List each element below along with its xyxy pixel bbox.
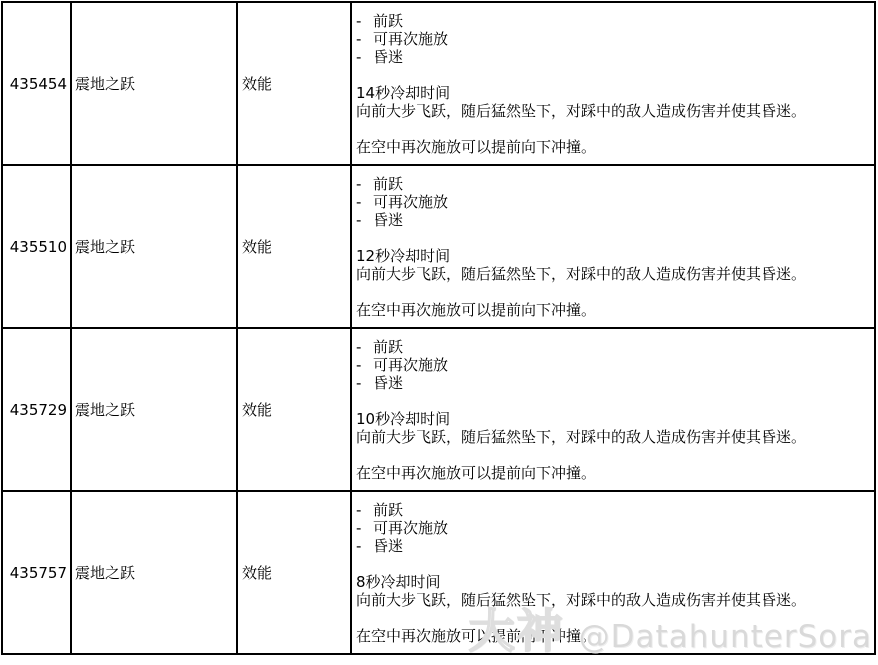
bullet-dash: - (356, 501, 362, 519)
bullet-dash: - (356, 537, 362, 555)
blank-line (356, 66, 868, 84)
cooldown-text: 12秒冷却时间 (356, 247, 868, 265)
bullet-dash: - (356, 211, 362, 229)
cooldown-text: 10秒冷却时间 (356, 410, 868, 428)
bullet-item: -可再次施放 (356, 519, 868, 537)
bullet-item: -昏迷 (356, 537, 868, 555)
skill-description-cell: -前跃 -可再次施放 -昏迷 8秒冷却时间 向前大步飞跃，随后猛然坠下，对踩中的… (351, 491, 875, 654)
bullet-text: 昏迷 (373, 48, 403, 66)
bullet-dash: - (356, 48, 362, 66)
bullet-item: -前跃 (356, 12, 868, 30)
blank-line (356, 392, 868, 410)
skill-description-cell: -前跃 -可再次施放 -昏迷 10秒冷却时间 向前大步飞跃，随后猛然坠下，对踩中… (351, 328, 875, 491)
blank-line (356, 120, 868, 138)
bullet-text: 可再次施放 (373, 519, 448, 537)
recast-text: 在空中再次施放可以提前向下冲撞。 (356, 138, 868, 156)
bullet-dash: - (356, 374, 362, 392)
skill-id-cell: 435454 (2, 2, 71, 165)
description-text: 向前大步飞跃，随后猛然坠下，对踩中的敌人造成伤害并使其昏迷。 (356, 428, 868, 446)
table-row: 435454 震地之跃 效能 -前跃 -可再次施放 -昏迷 14秒冷却时间 向前… (2, 2, 875, 165)
bullet-item: -昏迷 (356, 374, 868, 392)
bullet-text: 前跃 (373, 501, 403, 519)
bullet-item: -前跃 (356, 338, 868, 356)
bullet-dash: - (356, 30, 362, 48)
bullet-text: 可再次施放 (373, 193, 448, 211)
blank-line (356, 609, 868, 627)
skill-description-cell: -前跃 -可再次施放 -昏迷 14秒冷却时间 向前大步飞跃，随后猛然坠下，对踩中… (351, 2, 875, 165)
bullet-item: -前跃 (356, 175, 868, 193)
bullet-text: 昏迷 (373, 374, 403, 392)
bullet-item: -昏迷 (356, 48, 868, 66)
description-text: 向前大步飞跃，随后猛然坠下，对踩中的敌人造成伤害并使其昏迷。 (356, 265, 868, 283)
cooldown-text: 8秒冷却时间 (356, 573, 868, 591)
skills-table: 435454 震地之跃 效能 -前跃 -可再次施放 -昏迷 14秒冷却时间 向前… (1, 1, 876, 655)
bullet-text: 昏迷 (373, 537, 403, 555)
description-text: 向前大步飞跃，随后猛然坠下，对踩中的敌人造成伤害并使其昏迷。 (356, 591, 868, 609)
table-row: 435510 震地之跃 效能 -前跃 -可再次施放 -昏迷 12秒冷却时间 向前… (2, 165, 875, 328)
skill-name-cell: 震地之跃 (71, 2, 237, 165)
bullet-dash: - (356, 193, 362, 211)
bullet-dash: - (356, 12, 362, 30)
skill-category-cell: 效能 (237, 165, 351, 328)
bullet-dash: - (356, 519, 362, 537)
blank-line (356, 283, 868, 301)
description-text: 向前大步飞跃，随后猛然坠下，对踩中的敌人造成伤害并使其昏迷。 (356, 102, 868, 120)
skill-id-cell: 435757 (2, 491, 71, 654)
bullet-text: 前跃 (373, 175, 403, 193)
bullet-item: -可再次施放 (356, 193, 868, 211)
recast-text: 在空中再次施放可以提前向下冲撞。 (356, 464, 868, 482)
recast-text: 在空中再次施放可以提前向下冲撞。 (356, 301, 868, 319)
bullet-text: 前跃 (373, 12, 403, 30)
blank-line (356, 229, 868, 247)
blank-line (356, 555, 868, 573)
skill-id-cell: 435729 (2, 328, 71, 491)
recast-text: 在空中再次施放可以提前向下冲撞。 (356, 627, 868, 645)
bullet-dash: - (356, 175, 362, 193)
bullet-item: -前跃 (356, 501, 868, 519)
blank-line (356, 446, 868, 464)
skill-category-cell: 效能 (237, 2, 351, 165)
skill-name-cell: 震地之跃 (71, 491, 237, 654)
bullet-text: 可再次施放 (373, 30, 448, 48)
cooldown-text: 14秒冷却时间 (356, 84, 868, 102)
bullet-item: -可再次施放 (356, 356, 868, 374)
bullet-item: -可再次施放 (356, 30, 868, 48)
skill-name-cell: 震地之跃 (71, 165, 237, 328)
bullet-text: 可再次施放 (373, 356, 448, 374)
table-row: 435757 震地之跃 效能 -前跃 -可再次施放 -昏迷 8秒冷却时间 向前大… (2, 491, 875, 654)
skill-name-cell: 震地之跃 (71, 328, 237, 491)
bullet-dash: - (356, 338, 362, 356)
skill-category-cell: 效能 (237, 491, 351, 654)
skill-id-cell: 435510 (2, 165, 71, 328)
bullet-text: 前跃 (373, 338, 403, 356)
bullet-text: 昏迷 (373, 211, 403, 229)
skill-description-cell: -前跃 -可再次施放 -昏迷 12秒冷却时间 向前大步飞跃，随后猛然坠下，对踩中… (351, 165, 875, 328)
skill-category-cell: 效能 (237, 328, 351, 491)
bullet-item: -昏迷 (356, 211, 868, 229)
bullet-dash: - (356, 356, 362, 374)
table-row: 435729 震地之跃 效能 -前跃 -可再次施放 -昏迷 10秒冷却时间 向前… (2, 328, 875, 491)
